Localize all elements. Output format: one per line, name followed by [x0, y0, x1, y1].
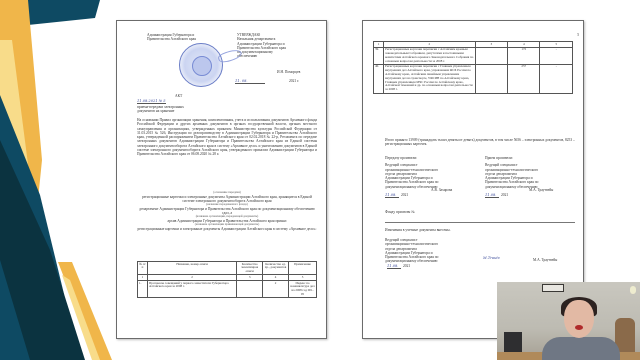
table-cell — [475, 64, 507, 93]
table-cell: Регистрационные карточки переписки с Алт… — [384, 47, 475, 64]
table-cell: 257 — [508, 64, 540, 93]
table-row: 1. Протоколы совещаний у первого замести… — [138, 281, 317, 298]
received-name: М.А. Траутвейн — [529, 188, 553, 192]
table-cell: 172 — [508, 47, 540, 64]
blank-value: регистрационные карточки и электронные д… — [137, 227, 317, 231]
presenter-face — [564, 300, 594, 338]
table-cell: Протоколы совещаний у первого заместител… — [147, 281, 236, 298]
org-header: Администрация Губернатора и Правительств… — [147, 33, 217, 42]
accounting-signature: M.Trautv — [483, 256, 500, 260]
act-body-text: На основании Правил организации хранения… — [137, 118, 317, 157]
transferred-year: 2021 — [401, 193, 408, 197]
table-header-cell: Примечание — [289, 262, 317, 275]
table-header-cell: Количество экземпляров описи — [237, 262, 263, 275]
table-cell: Индекс по номенклатуре дел на 2008 год 0… — [289, 281, 317, 298]
presenter-webcam-video[interactable] — [497, 282, 640, 360]
microphone-icon — [630, 286, 636, 294]
accounting-year: 2021 — [403, 264, 410, 268]
approval-date-handwritten: 11. 08. — [235, 79, 265, 84]
fund-number-text: Фонду присвоен № — [385, 210, 415, 214]
transferred-by-block: Передачу произвели: Ведущий специалист о… — [385, 156, 480, 189]
official-seal-stamp — [179, 43, 223, 87]
approval-body: Начальник департамента Администрации Губ… — [237, 37, 323, 58]
approval-year: 2021 г. — [289, 79, 299, 83]
table-cell: - — [540, 64, 573, 93]
accounting-position: Ведущий специалист организационно-технол… — [385, 238, 480, 264]
transferred-name: А.В. Захарова — [431, 188, 452, 192]
table-cell: - — [540, 47, 573, 64]
act-number-handwritten: 11.08.2021 № 5 — [137, 99, 166, 104]
transfer-table-continued: 1 2 3 4 5 39. Регистрационные карточки п… — [373, 41, 573, 94]
table-header-cell: Количество ед. хр., документов — [263, 262, 289, 275]
signature-mark — [217, 48, 243, 65]
received-date-handwritten: 11.08. — [485, 193, 499, 198]
received-by-block: Прием произвели: Ведущий специалист орга… — [485, 156, 580, 189]
approval-signer: И.Н. Поморцев — [277, 70, 300, 74]
transferred-date-handwritten: 11.08. — [385, 193, 399, 198]
received-position: Ведущий специалист организационно-технол… — [485, 163, 580, 189]
page-number: 5 — [577, 33, 579, 37]
act-subtitle: приема-передачи электронных документов н… — [137, 105, 217, 114]
transferred-position: Ведущий специалист организационно-технол… — [385, 163, 480, 189]
received-year: 2021 — [501, 193, 508, 197]
approval-block: УТВЕРЖДАЮ Начальник департамента Админис… — [237, 33, 323, 59]
table-cell: 1. — [138, 281, 148, 298]
act-title: АКТ — [175, 94, 182, 98]
table-row: 39. Регистрационные карточки переписки с… — [374, 47, 573, 64]
accounting-name: М.А. Траутвейн — [533, 258, 557, 262]
table-cell: 2 — [263, 281, 289, 298]
changes-text: Изменения в учетные документы внесены. — [385, 228, 450, 232]
presenter-body — [542, 337, 620, 360]
table-header-cell: № п/п — [138, 262, 148, 275]
presenter-mouth — [575, 325, 583, 330]
total-summary-text: Итого принято 13909 (тринадцать тысяч де… — [385, 138, 575, 147]
table-header-row: № п/п Название, номер описи Количество э… — [138, 262, 317, 275]
table-cell: 39. — [374, 47, 384, 64]
act-blanks: (основание передачи) регистрационные кар… — [137, 191, 317, 231]
table-cell: Регистрационные карточки переписки с Гла… — [384, 64, 475, 93]
table-header-cell: Название, номер описи — [147, 262, 236, 275]
wall-picture — [542, 284, 564, 292]
document-page-left: Администрация Губернатора и Правительств… — [116, 20, 327, 339]
table-cell: 40. — [374, 64, 384, 93]
transfer-table: № п/п Название, номер описи Количество э… — [137, 261, 317, 298]
table-row: 40. Регистрационные карточки переписки с… — [374, 64, 573, 93]
divider-line — [385, 222, 575, 223]
table-cell — [475, 47, 507, 64]
accounting-date-handwritten: 11.08. — [387, 264, 401, 269]
table-cell — [237, 281, 263, 298]
